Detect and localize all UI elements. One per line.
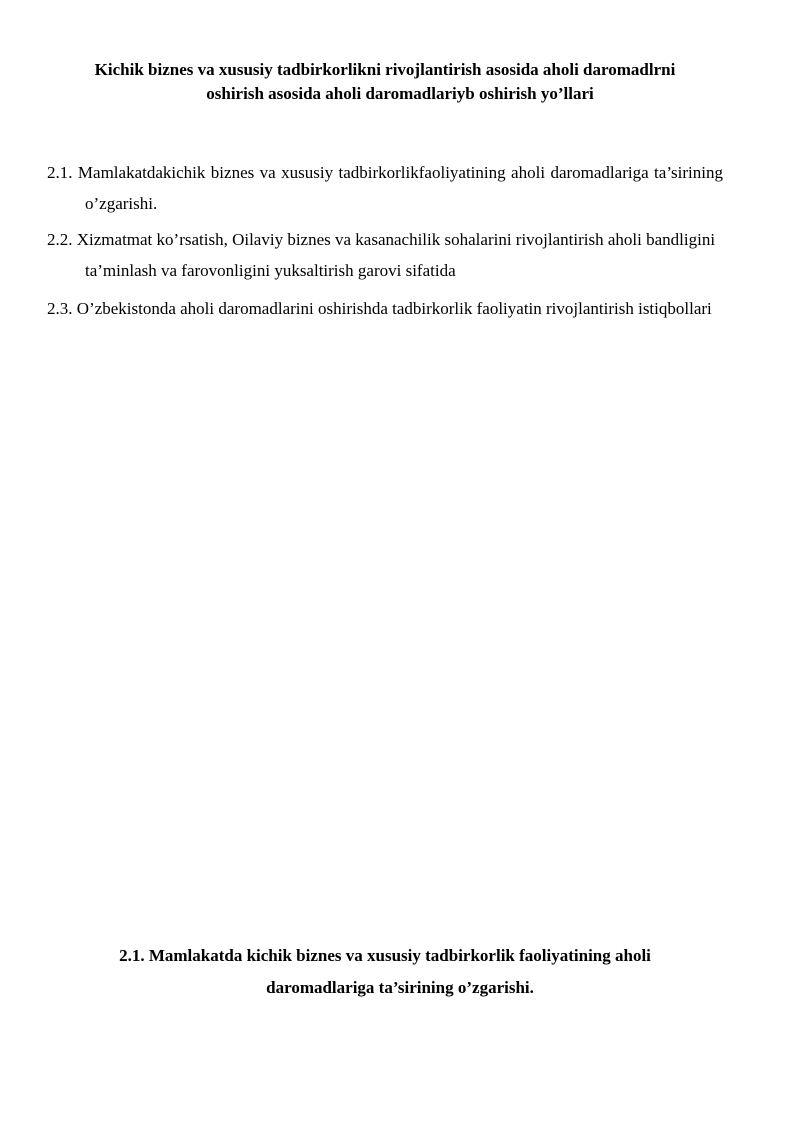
page-title-line-2: oshirish asosida aholi daromadlariyb osh… xyxy=(40,82,760,106)
page-title-line-1: Kichik biznes va xususiy tadbirkorlikni … xyxy=(40,58,760,82)
page-title: Kichik biznes va xususiy tadbirkorlikni … xyxy=(40,58,760,106)
table-of-contents: 2.1. Mamlakatdakichik biznes va xususiy … xyxy=(47,157,723,341)
toc-item-2-3: 2.3. O’zbekistonda aholi daromadlarini o… xyxy=(47,293,723,324)
toc-item-2-2: 2.2. Xizmatmat ko’rsatish, Oilaviy bizne… xyxy=(47,224,723,286)
section-heading-line-2: daromadlariga ta’sirining o’zgarishi. xyxy=(40,972,760,1004)
section-heading-line-1: 2.1. Mamlakatda kichik biznes va xususiy… xyxy=(40,940,760,972)
section-heading: 2.1. Mamlakatda kichik biznes va xususiy… xyxy=(40,940,760,1004)
toc-item-2-1: 2.1. Mamlakatdakichik biznes va xususiy … xyxy=(47,157,723,219)
